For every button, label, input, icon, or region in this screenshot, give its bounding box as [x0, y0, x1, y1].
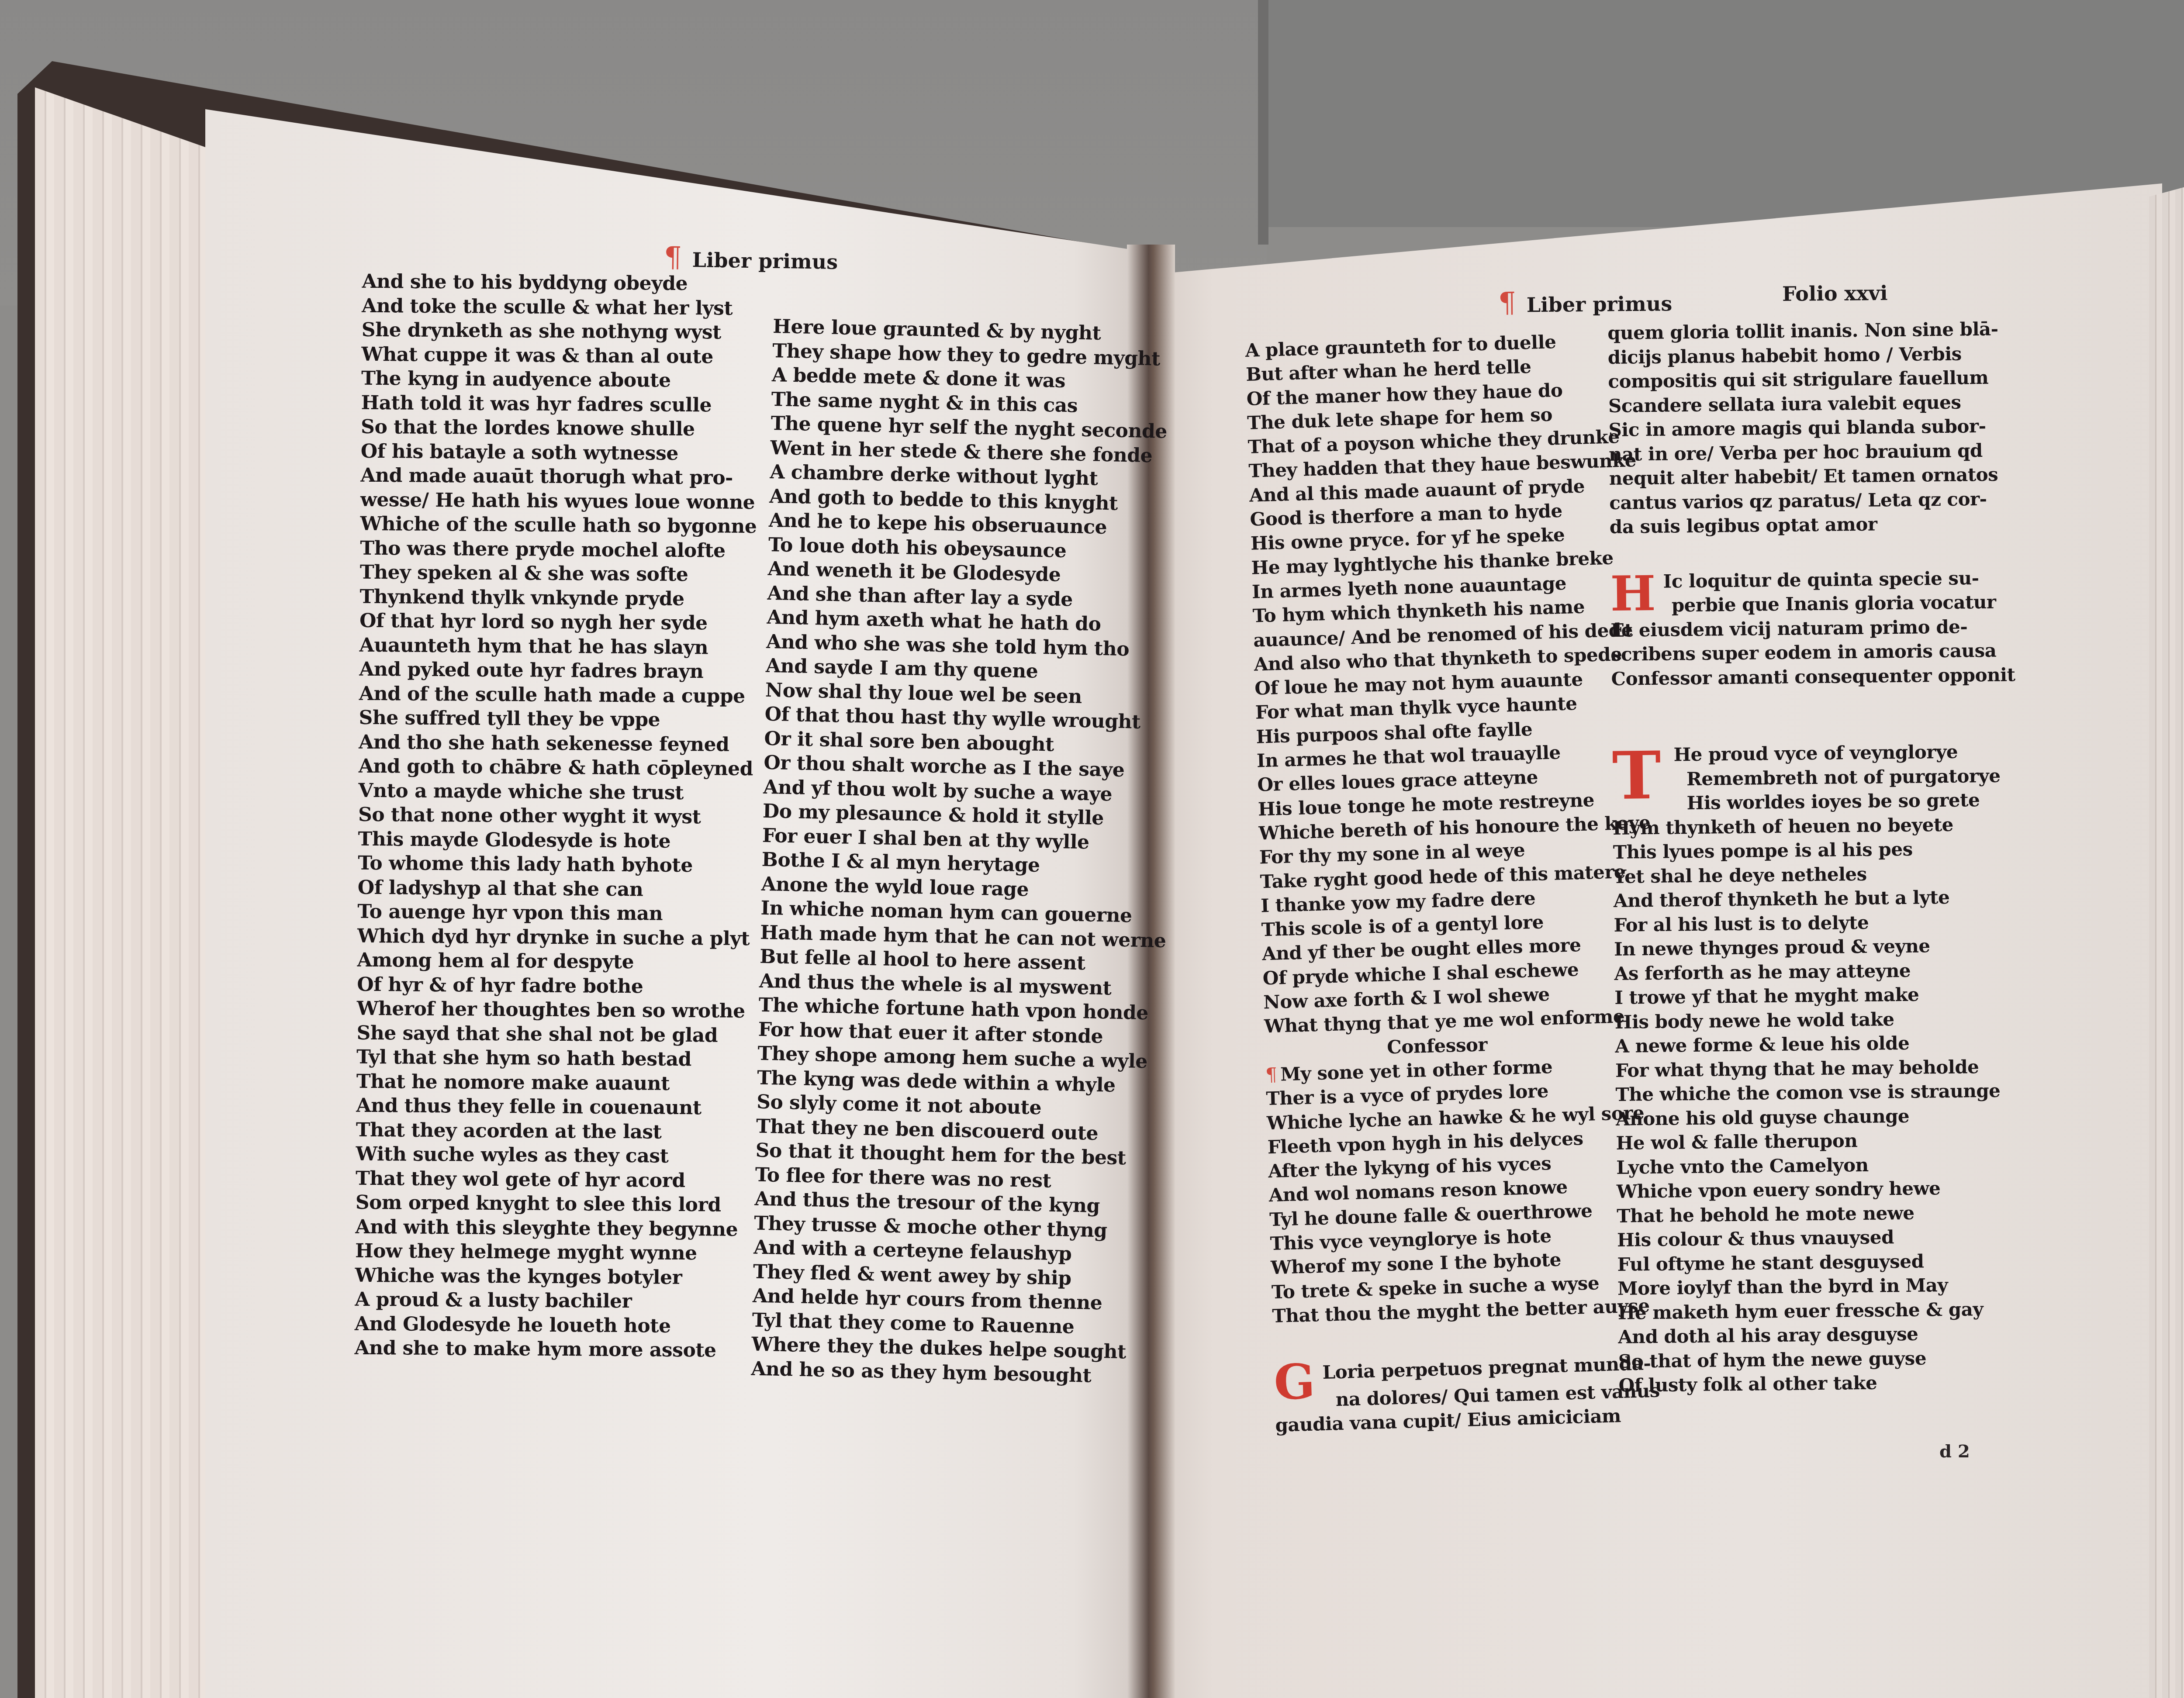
verse-line: So that of hym the newe guyse — [1618, 1345, 2022, 1374]
verse-line: Of his batayle a soth wytnesse — [361, 439, 757, 466]
verse-line: Thynkend thylk vnkynde pryde — [359, 584, 756, 611]
verse-line: And doth al his aray desguyse — [1618, 1321, 2022, 1349]
right-running-head: ¶Liber primus — [1498, 285, 1673, 319]
verse-line: So that the lordes knowe shulle — [361, 415, 757, 442]
verse-line: That he nomore make auaunt — [356, 1069, 753, 1096]
verse-line: And goth to chābre & hath cōpleyned — [359, 754, 755, 781]
verse-line: Among hem al for despyte — [357, 948, 753, 975]
verse-line: Tyl that she hym so hath bestad — [356, 1045, 753, 1072]
pilcrow-icon: ¶ — [1498, 286, 1516, 319]
verse-line: A proud & a lusty bachiler — [355, 1287, 751, 1315]
verse-line: That they wol gete of hyr acord — [356, 1166, 752, 1193]
verse-line: The whiche the comon vse is straunge — [1615, 1078, 2019, 1107]
verse-line: She suffred tyll they be vppe — [359, 706, 755, 733]
left-page-column-2: Here loue graunted & by nyghtThey shape … — [751, 314, 1179, 1389]
verse-line: Hath told it was hyr fadres sculle — [361, 390, 757, 418]
photo-background-right — [1267, 0, 2184, 227]
verse-line: To auenge hyr vpon this man — [357, 900, 754, 927]
latin-verse-block: quem gloria tollit inanis. Non sine blā-… — [1607, 317, 2014, 539]
verse-line: This mayde Glodesyde is hote — [358, 827, 754, 854]
verse-line: Of hyr & of hyr fadre bothe — [357, 972, 753, 999]
pilcrow-icon: ¶ — [664, 241, 682, 274]
verse-line: So that none other wyght it wyst — [358, 803, 755, 830]
left-page-column-1: And she to his byddyng obeydeAnd toke th… — [354, 269, 758, 1363]
verse-line: And with this sleyghte they begynne — [355, 1215, 752, 1242]
verse-line: Of that hyr lord so nygh her syde — [359, 609, 756, 636]
verse-line: That he behold he mote newe — [1617, 1200, 2021, 1228]
verse-line: Which dyd hyr drynke in suche a plyt — [357, 924, 754, 951]
spacer — [1610, 535, 2014, 570]
verse-line: quem gloria tollit inanis. Non sine blā- — [1607, 317, 2011, 345]
verse-line: His body newe he wold take — [1615, 1006, 2019, 1034]
verse-line: And pyked oute hyr fadres brayn — [359, 657, 756, 684]
red-initial-t: T — [1612, 743, 1661, 809]
verse-line: And of the sculle hath made a cuppe — [359, 681, 756, 708]
left-running-head: ¶Liber primus — [664, 241, 838, 276]
verse-line: Whiche vpon euery sondry hewe — [1617, 1175, 2021, 1204]
verse-line: And Glodesyde he loueth hote — [355, 1311, 751, 1339]
verse-line: Auaunteth hym that he has slayn — [359, 633, 756, 660]
right-page-column-2: quem gloria tollit inanis. Non sine blā-… — [1607, 317, 2023, 1398]
verse-line: She drynketh as she nothyng wyst — [362, 318, 758, 345]
verse-line: Whiche of the sculle hath so bygonne — [360, 512, 757, 539]
verse-line: wesse/ He hath his wyues loue wonne — [360, 487, 757, 514]
verse-line: They speken al & she was softe — [360, 560, 757, 587]
verse-line: In newe thynges proud & veyne — [1614, 933, 2018, 961]
verse-line: Of lusty folk al other take — [1618, 1369, 2022, 1398]
verse-line: Tho was there pryde mochel alofte — [360, 536, 757, 563]
verse-line: nequit alter habebit/ Et tamen ornatos — [1609, 462, 2013, 490]
verse-line: To whome this lady hath byhote — [358, 851, 754, 878]
verse-line: Ful oftyme he stant desguysed — [1617, 1248, 2021, 1277]
verse-line: The kyng in audyence aboute — [361, 366, 758, 393]
verse-line: And therof thynketh he but a lyte — [1614, 884, 2018, 913]
verse-line: And made auaūt thorugh what pro- — [360, 463, 757, 490]
verse-line: Lyche vnto the Camelyon — [1616, 1151, 2020, 1180]
right-page-column-1: A place graunteth for to duelleBut after… — [1245, 328, 1667, 1438]
verse-line: compositis qui sit strigulare fauellum — [1608, 365, 2012, 393]
verse-line: And she to make hym more assote — [354, 1336, 751, 1363]
right-page-stack — [2149, 166, 2184, 1698]
verse-line: How they helmege myght wynne — [355, 1239, 752, 1266]
english-verse-block: A place graunteth for to duelleBut after… — [1245, 328, 1656, 1039]
verse-line: da suis legibus optat amor — [1610, 511, 2014, 539]
verse-line: I trowe yf that he myght make — [1614, 981, 2018, 1010]
verse-line: For what thyng that he may beholde — [1615, 1054, 2019, 1083]
verse-line: cantus varios qz paratus/ Leta qz cor- — [1609, 487, 2013, 515]
verse-line: Whiche was the kynges botyler — [355, 1263, 751, 1290]
verse-line: His colour & thus vnauysed — [1617, 1224, 2021, 1252]
verse-line: This lyues pompe is al his pes — [1613, 836, 2017, 864]
verse-line: Vnto a mayde whiche she trust — [358, 778, 755, 805]
verse-line: And she to his byddyng obeyde — [362, 269, 758, 297]
verse-line: Wherof her thoughtes ben so wrothe — [357, 997, 753, 1024]
verse-line: And thus they felle in couenaunt — [356, 1094, 753, 1121]
verse-line: For al his lust is to delyte — [1614, 909, 2018, 937]
verse-line: Of ladyshyp al that she can — [358, 875, 754, 902]
verse-line: He maketh hym euer fressche & gay — [1617, 1297, 2022, 1325]
verse-line: nat in ore/ Verba per hoc brauium qd — [1609, 438, 2013, 466]
english-verse-block: THe proud vyce of veynglorye Remembreth … — [1612, 739, 2023, 1398]
verse-line: A newe forme & leue his olde — [1615, 1030, 2019, 1058]
left-page-stack — [35, 87, 218, 1698]
verse-line: And tho she hath sekenesse feyned — [359, 730, 755, 757]
folio-number: Folio xxvi — [1782, 281, 1888, 306]
verse-line: Yet shal he deye netheles — [1613, 860, 2017, 889]
verse-line: Anone his old guyse chaunge — [1616, 1103, 2020, 1131]
signature-mark: d 2 — [1939, 1441, 1970, 1462]
latin-gloss-block: HIc loquitur de quinta specie su- perbie… — [1610, 566, 2015, 691]
pilcrow-icon: ¶ — [1265, 1064, 1277, 1086]
english-verse-block-2: Ther is a vyce of prydes loreWhiche lych… — [1266, 1076, 1664, 1328]
running-head-title: Liber primus — [1527, 292, 1673, 317]
spacer — [1611, 687, 2016, 743]
verse-line: More ioylyf than the byrd in May — [1617, 1272, 2022, 1301]
verse-line: He wol & falle therupon — [1616, 1127, 2020, 1155]
verse-line: Hym thynketh of heuen no beyete — [1613, 812, 2017, 840]
verse-line: That they acorden at the last — [356, 1118, 753, 1145]
wall-corner — [1258, 0, 1268, 245]
running-head-title: Liber primus — [692, 248, 838, 274]
verse-line: As ferforth as he may atteyne — [1614, 957, 2018, 986]
verse-line: And toke the sculle & what her lyst — [362, 293, 758, 321]
verse-line: Som orped knyght to slee this lord — [356, 1191, 752, 1218]
red-initial-h: H — [1610, 569, 1656, 618]
verse-line: She sayd that she shal not be glad — [356, 1021, 753, 1048]
verse-line: With suche wyles as they cast — [356, 1142, 752, 1169]
red-initial-g: G — [1273, 1358, 1315, 1407]
verse-line: Scandere sellata iura valebit eques — [1608, 390, 2012, 418]
verse-line: What cuppe it was & than al oute — [361, 342, 758, 369]
latin-verse-block: GLoria perpetuos pregnat munda- na dolor… — [1273, 1348, 1667, 1438]
verse-line: dicijs planus habebit homo / Verbis — [1608, 341, 2012, 369]
verse-line: Sic in amore magis qui blanda subor- — [1608, 414, 2012, 442]
